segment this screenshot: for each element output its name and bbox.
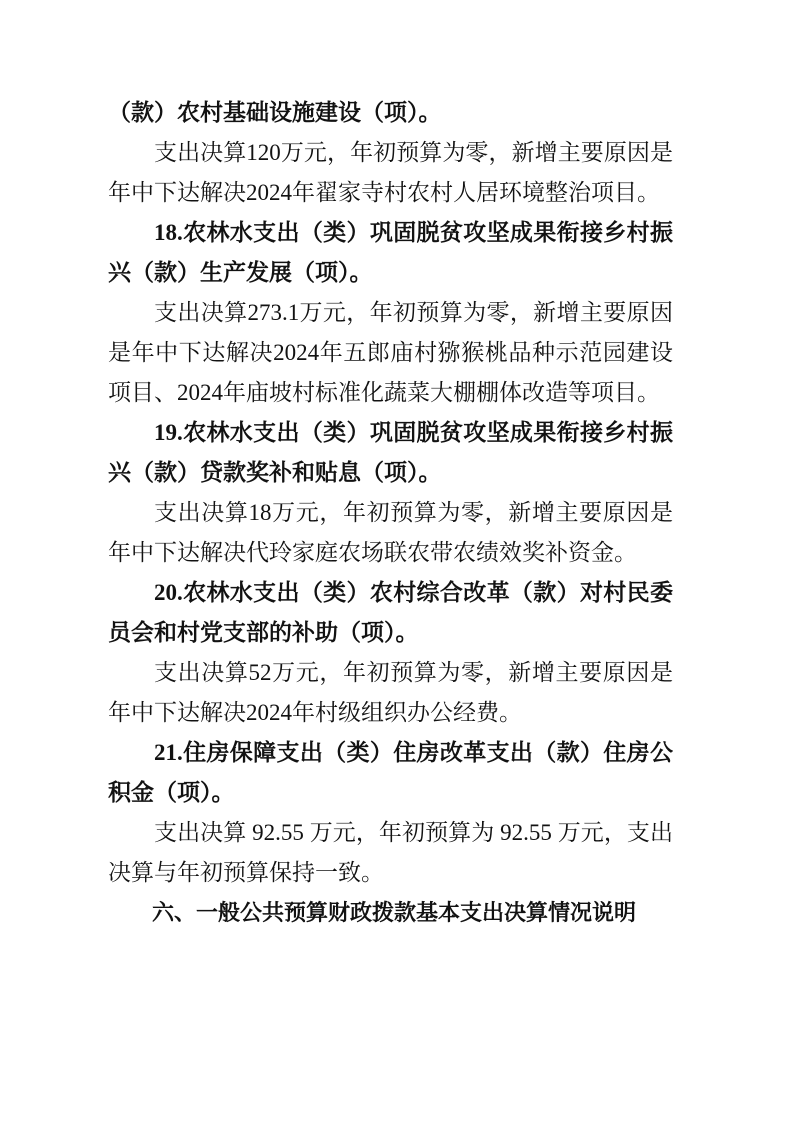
heading-continuation-item-17: （款）农村基础设施建设（项）。 <box>108 93 673 133</box>
body-paragraph-item-20: 支出决算52万元，年初预算为零，新增主要原因是年中下达解决2024年村级组织办公… <box>108 653 673 733</box>
heading-item-18: 18.农林水支出（类）巩固脱贫攻坚成果衔接乡村振兴（款）生产发展（项）。 <box>108 213 673 293</box>
body-paragraph-item-17: 支出决算120万元，年初预算为零，新增主要原因是年中下达解决2024年翟家寺村农… <box>108 133 673 213</box>
heading-item-21: 21.住房保障支出（类）住房改革支出（款）住房公积金（项）。 <box>108 733 673 813</box>
heading-item-19: 19.农林水支出（类）巩固脱贫攻坚成果衔接乡村振兴（款）贷款奖补和贴息（项）。 <box>108 413 673 493</box>
body-paragraph-item-18: 支出决算273.1万元，年初预算为零，新增主要原因是年中下达解决2024年五郎庙… <box>108 293 673 413</box>
heading-item-20: 20.农林水支出（类）农村综合改革（款）对村民委员会和村党支部的补助（项）。 <box>108 573 673 653</box>
body-paragraph-item-21: 支出决算 92.55 万元，年初预算为 92.55 万元，支出决算与年初预算保持… <box>108 813 673 893</box>
section-heading-six: 六、一般公共预算财政拨款基本支出决算情况说明 <box>108 893 673 933</box>
body-paragraph-item-19: 支出决算18万元，年初预算为零，新增主要原因是年中下达解决代玲家庭农场联农带农绩… <box>108 493 673 573</box>
document-page: （款）农村基础设施建设（项）。 支出决算120万元，年初预算为零，新增主要原因是… <box>0 0 793 1122</box>
